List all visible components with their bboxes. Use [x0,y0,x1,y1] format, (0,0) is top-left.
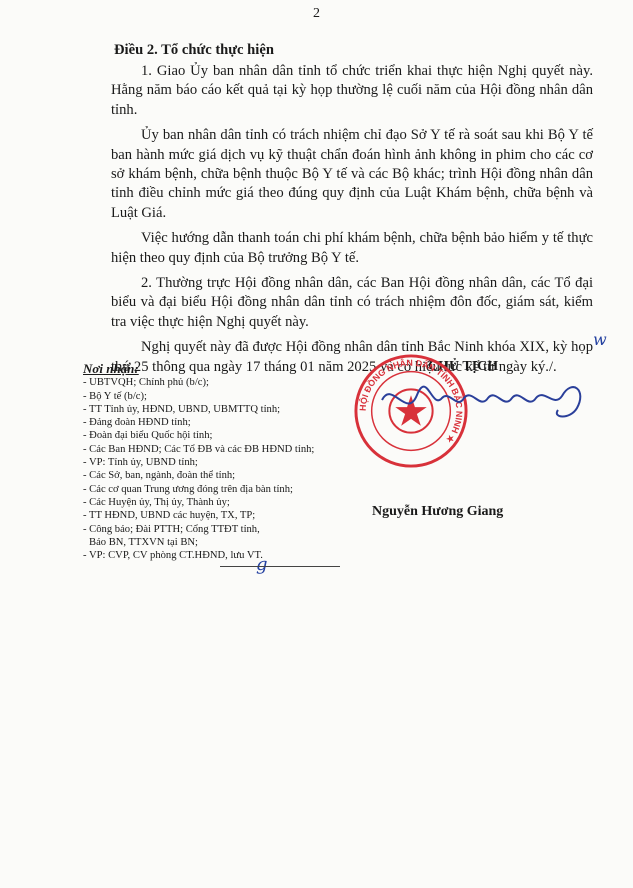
recipient-item: - Các cơ quan Trung ương đóng trên địa b… [83,483,343,496]
recipient-item: - VP: Tỉnh ủy, UBND tỉnh; [83,456,343,469]
paragraph-2: Ủy ban nhân dân tỉnh có trách nhiệm chỉ … [111,126,593,223]
recipient-item: - Các Huyện ủy, Thị ủy, Thành ủy; [83,496,343,509]
recipient-item: - Các Ban HĐND; Các Tổ ĐB và các ĐB HĐND… [83,443,343,456]
recipient-item: - VP: CVP, CV phòng CT.HĐND, lưu VT. [83,549,343,562]
page-number: 2 [0,6,633,22]
article-heading: Điều 2. Tổ chức thực hiện [114,42,274,59]
initials-mark: w [593,330,607,349]
recipient-item: - Đoàn đại biểu Quốc hội tỉnh; [83,429,343,442]
recipient-item: - Bộ Y tế (b/c); [83,390,343,403]
recipient-item: Báo BN, TTXVN tại BN; [83,536,343,549]
article-body: 1. Giao Ủy ban nhân dân tỉnh tổ chức tri… [111,62,593,383]
recipients-list: Nơi nhận: - UBTVQH; Chính phủ (b/c); - B… [83,362,343,562]
recipient-item: - Công báo; Đài PTTH; Cổng TTĐT tỉnh, [83,523,343,536]
signature-icon [372,370,597,430]
recipient-item: - Các Sở, ban, ngành, đoàn thể tỉnh; [83,469,343,482]
recipient-item: - TT Tỉnh ủy, HĐND, UBND, UBMTTQ tỉnh; [83,403,343,416]
recipient-item: - Đảng đoàn HĐND tỉnh; [83,416,343,429]
signatory-name: Nguyễn Hương Giang [372,504,503,520]
paragraph-3: Việc hướng dẫn thanh toán chi phí khám b… [111,229,593,268]
paragraph-1: 1. Giao Ủy ban nhân dân tỉnh tổ chức tri… [111,62,593,120]
recipients-title: Nơi nhận: [83,362,343,375]
handwritten-mark: g [256,554,268,575]
recipient-item: - TT HĐND, UBND các huyện, TX, TP; [83,509,343,522]
paragraph-4: 2. Thường trực Hội đồng nhân dân, các Ba… [111,274,593,332]
recipient-item: - UBTVQH; Chính phủ (b/c); [83,376,343,389]
handwritten-underline [220,566,340,567]
